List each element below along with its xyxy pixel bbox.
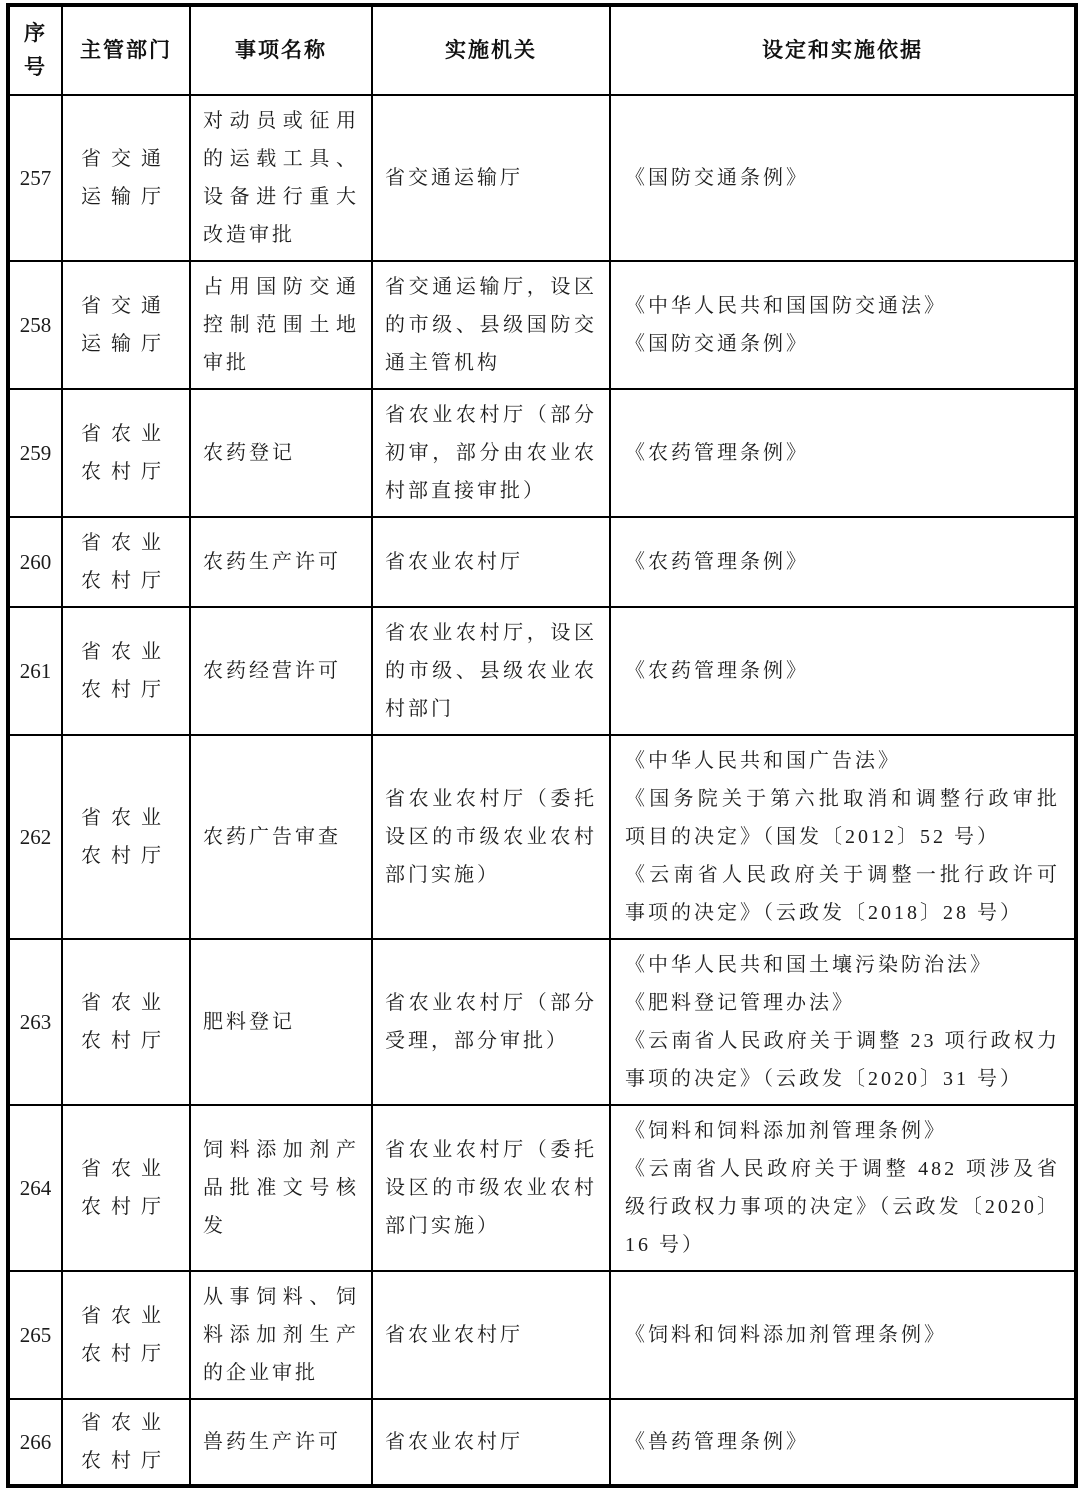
agency-cell: 省农业农村厅，设区的市级、县级农业农村部门 [372,607,610,735]
item-name-cell: 饲料添加剂产品批准文号核发 [190,1105,372,1271]
legal-basis-cell: 《农药管理条例》 [610,607,1076,735]
agency-cell: 省农业农村厅 [372,517,610,607]
table-row: 262省农业农村厅农药广告审查省农业农村厅（委托设区的市级农业农村部门实施）《中… [8,735,1076,939]
serial-number-cell: 261 [8,607,62,735]
serial-number-cell: 264 [8,1105,62,1271]
department-cell: 省交通运输厅 [62,95,190,261]
header-implementing-agency: 实施机关 [372,5,610,95]
header-item-name: 事项名称 [190,5,372,95]
agency-cell: 省农业农村厅（委托设区的市级农业农村部门实施） [372,735,610,939]
department-cell: 省农业农村厅 [62,1399,190,1486]
department-cell: 省交通运输厅 [62,261,190,389]
legal-basis-cell: 《兽药管理条例》 [610,1399,1076,1486]
table-row: 265省农业农村厅从事饲料、饲料添加剂生产的企业审批省农业农村厅《饲料和饲料添加… [8,1271,1076,1399]
agency-cell: 省交通运输厅，设区的市级、县级国防交通主管机构 [372,261,610,389]
department-cell: 省农业农村厅 [62,735,190,939]
item-name-cell: 农药生产许可 [190,517,372,607]
table-header: 序号 主管部门 事项名称 实施机关 设定和实施依据 [8,5,1076,95]
table-row: 259省农业农村厅农药登记省农业农村厅（部分初审，部分由农业农村部直接审批）《农… [8,389,1076,517]
legal-basis-cell: 《中华人民共和国土壤污染防治法》 《肥料登记管理办法》 《云南省人民政府关于调整… [610,939,1076,1105]
header-legal-basis: 设定和实施依据 [610,5,1076,95]
table-row: 263省农业农村厅肥料登记省农业农村厅（部分受理，部分审批）《中华人民共和国土壤… [8,939,1076,1105]
legal-basis-cell: 《国防交通条例》 [610,95,1076,261]
department-cell: 省农业农村厅 [62,1271,190,1399]
legal-basis-cell: 《饲料和饲料添加剂管理条例》 《云南省人民政府关于调整 482 项涉及省级行政权… [610,1105,1076,1271]
agency-cell: 省农业农村厅 [372,1399,610,1486]
legal-basis-cell: 《农药管理条例》 [610,389,1076,517]
serial-number-cell: 258 [8,261,62,389]
agency-cell: 省农业农村厅（委托设区的市级农业农村部门实施） [372,1105,610,1271]
header-competent-department: 主管部门 [62,5,190,95]
department-cell: 省农业农村厅 [62,607,190,735]
item-name-cell: 对动员或征用的运载工具、设备进行重大改造审批 [190,95,372,261]
licensing-items-table: 序号 主管部门 事项名称 实施机关 设定和实施依据 257省交通运输厅对动员或征… [6,3,1078,1488]
item-name-cell: 农药登记 [190,389,372,517]
department-cell: 省农业农村厅 [62,389,190,517]
serial-number-cell: 266 [8,1399,62,1486]
serial-number-cell: 257 [8,95,62,261]
legal-basis-cell: 《中华人民共和国广告法》 《国务院关于第六批取消和调整行政审批项目的决定》（国发… [610,735,1076,939]
item-name-cell: 农药广告审查 [190,735,372,939]
item-name-cell: 兽药生产许可 [190,1399,372,1486]
legal-basis-cell: 《中华人民共和国国防交通法》 《国防交通条例》 [610,261,1076,389]
item-name-cell: 占用国防交通控制范围土地审批 [190,261,372,389]
header-row: 序号 主管部门 事项名称 实施机关 设定和实施依据 [8,5,1076,95]
serial-number-cell: 262 [8,735,62,939]
table-row: 260省农业农村厅农药生产许可省农业农村厅《农药管理条例》 [8,517,1076,607]
agency-cell: 省交通运输厅 [372,95,610,261]
department-cell: 省农业农村厅 [62,1105,190,1271]
agency-cell: 省农业农村厅（部分受理，部分审批） [372,939,610,1105]
table-body: 257省交通运输厅对动员或征用的运载工具、设备进行重大改造审批省交通运输厅《国防… [8,95,1076,1486]
agency-cell: 省农业农村厅 [372,1271,610,1399]
table-row: 266省农业农村厅兽药生产许可省农业农村厅《兽药管理条例》 [8,1399,1076,1486]
table-row: 264省农业农村厅饲料添加剂产品批准文号核发省农业农村厅（委托设区的市级农业农村… [8,1105,1076,1271]
item-name-cell: 农药经营许可 [190,607,372,735]
serial-number-cell: 259 [8,389,62,517]
serial-number-cell: 260 [8,517,62,607]
department-cell: 省农业农村厅 [62,517,190,607]
serial-number-cell: 263 [8,939,62,1105]
serial-number-cell: 265 [8,1271,62,1399]
legal-basis-cell: 《饲料和饲料添加剂管理条例》 [610,1271,1076,1399]
table-row: 261省农业农村厅农药经营许可省农业农村厅，设区的市级、县级农业农村部门《农药管… [8,607,1076,735]
legal-basis-cell: 《农药管理条例》 [610,517,1076,607]
table-row: 258省交通运输厅占用国防交通控制范围土地审批省交通运输厅，设区的市级、县级国防… [8,261,1076,389]
item-name-cell: 肥料登记 [190,939,372,1105]
agency-cell: 省农业农村厅（部分初审，部分由农业农村部直接审批） [372,389,610,517]
header-serial-number: 序号 [8,5,62,95]
item-name-cell: 从事饲料、饲料添加剂生产的企业审批 [190,1271,372,1399]
table-row: 257省交通运输厅对动员或征用的运载工具、设备进行重大改造审批省交通运输厅《国防… [8,95,1076,261]
department-cell: 省农业农村厅 [62,939,190,1105]
